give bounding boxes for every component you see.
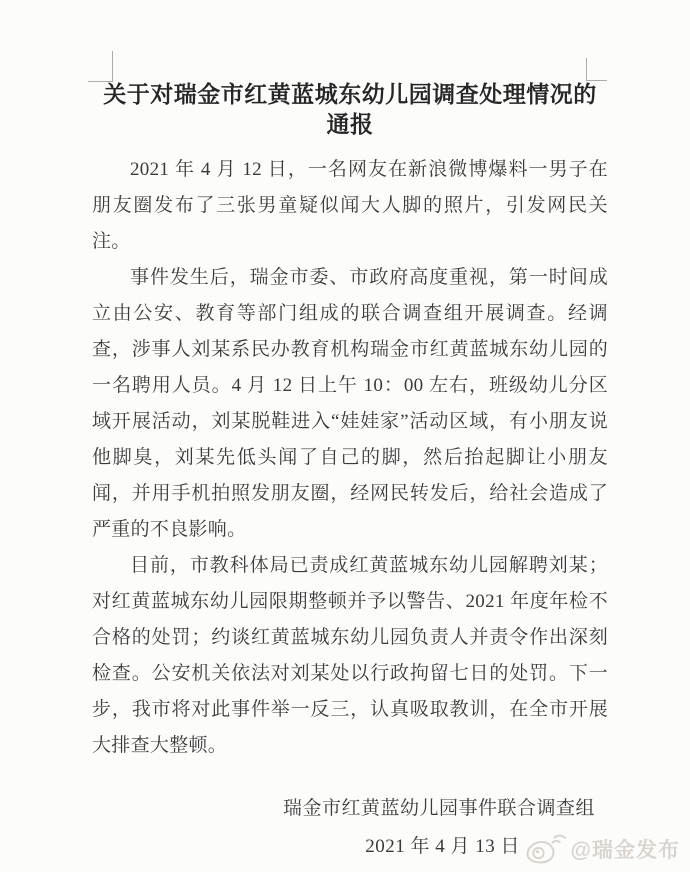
notice-title: 关于对瑞金市红黄蓝城东幼儿园调查处理情况的通报 [92,80,608,140]
weibo-watermark: @瑞金发布 [524,833,680,865]
weibo-logo-icon [524,833,566,865]
notice-paragraph-2: 事件发生后，瑞金市委、市政府高度重视，第一时间成立由公安、教育等部门组成的联合调… [92,260,608,548]
watermark-handle: @瑞金发布 [571,834,680,864]
notice-paragraph-3: 目前，市教科体局已责成红黄蓝城东幼儿园解聘刘某；对红黄蓝城东幼儿园限期整顿并予以… [92,548,608,764]
signature-line: 瑞金市红黄蓝幼儿园事件联合调查组 [92,790,608,828]
document-page: 关于对瑞金市红黄蓝城东幼儿园调查处理情况的通报 2021 年 4 月 12 日，… [0,0,690,872]
notice-content: 关于对瑞金市红黄蓝城东幼儿园调查处理情况的通报 2021 年 4 月 12 日，… [92,80,608,866]
margin-crop-mark-top-right [586,58,607,81]
margin-crop-mark-top-left [88,51,113,82]
notice-paragraph-1: 2021 年 4 月 12 日，一名网友在新浪微博爆料一男子在朋友圈发布了三张男… [92,152,608,260]
